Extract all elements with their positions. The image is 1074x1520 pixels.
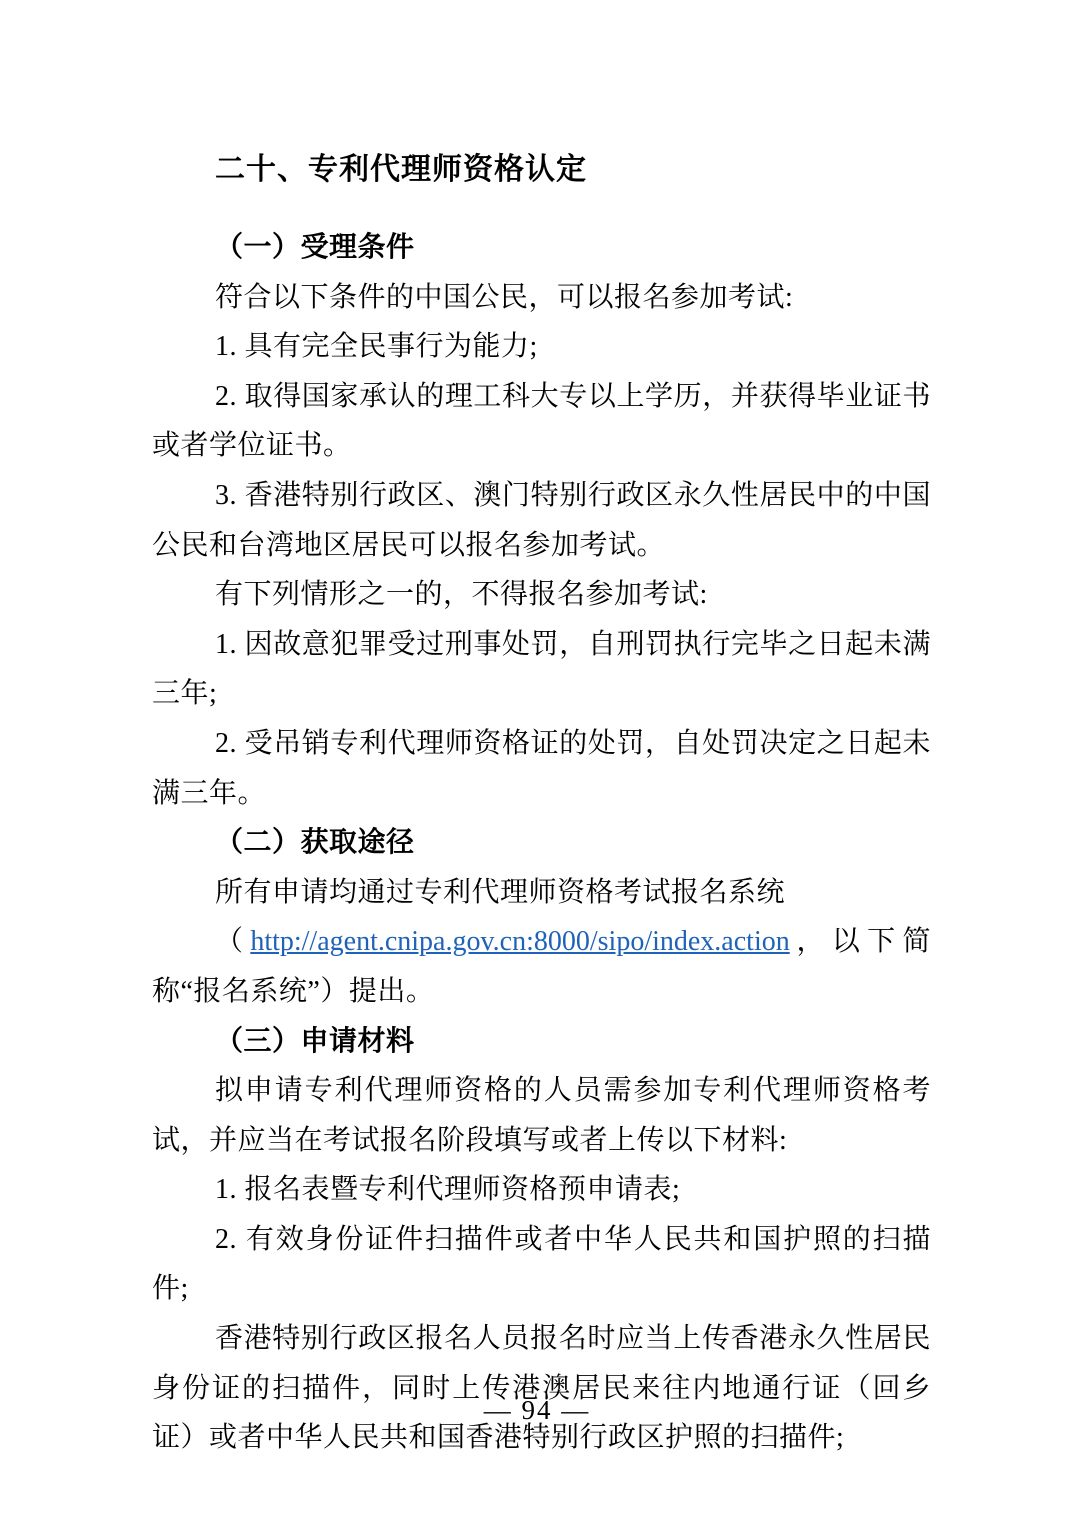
document-body: 二十、专利代理师资格认定 （一）受理条件 符合以下条件的中国公民，可以报名参加考… [152,148,931,1463]
document-page: 二十、专利代理师资格认定 （一）受理条件 符合以下条件的中国公民，可以报名参加考… [0,0,1074,1520]
paragraph-system-url-line: （http://agent.cnipa.gov.cn:8000/sipo/ind… [152,917,931,1016]
paragraph-material-2: 2. 有效身份证件扫描件或者中华人民共和国护照的扫描件; [152,1215,931,1314]
page-title: 二十、专利代理师资格认定 [152,148,931,192]
section-heading-1: （一）受理条件 [152,223,931,273]
paragraph-application-system: 所有申请均通过专利代理师资格考试报名系统 [152,868,931,918]
registration-system-link[interactable]: http://agent.cnipa.gov.cn:8000/sipo/inde… [250,926,789,957]
paragraph-exclusions-intro: 有下列情形之一的，不得报名参加考试: [152,570,931,620]
paragraph-condition-2: 2. 取得国家承认的理工科大专以上学历，并获得毕业证书或者学位证书。 [152,372,931,471]
paragraph-materials-intro: 拟申请专利代理师资格的人员需参加专利代理师资格考试，并应当在考试报名阶段填写或者… [152,1066,931,1165]
section-heading-2: （二）获取途径 [152,818,931,868]
paragraph-conditions-intro: 符合以下条件的中国公民，可以报名参加考试: [152,273,931,323]
page-number: — 94 — [0,1392,1074,1428]
paragraph-condition-1: 1. 具有完全民事行为能力; [152,322,931,372]
paragraph-exclusion-2: 2. 受吊销专利代理师资格证的处罚，自处罚决定之日起未满三年。 [152,719,931,818]
paragraph-hk-requirements: 香港特别行政区报名人员报名时应当上传香港永久性居民身份证的扫描件，同时上传港澳居… [152,1314,931,1463]
open-paren: （ [215,926,250,957]
paragraph-condition-3: 3. 香港特别行政区、澳门特别行政区永久性居民中的中国公民和台湾地区居民可以报名… [152,471,931,570]
paragraph-exclusion-1: 1. 因故意犯罪受过刑事处罚，自刑罚执行完毕之日起未满三年; [152,620,931,719]
paragraph-material-1: 1. 报名表暨专利代理师资格预申请表; [152,1165,931,1215]
section-heading-3: （三）申请材料 [152,1017,931,1067]
